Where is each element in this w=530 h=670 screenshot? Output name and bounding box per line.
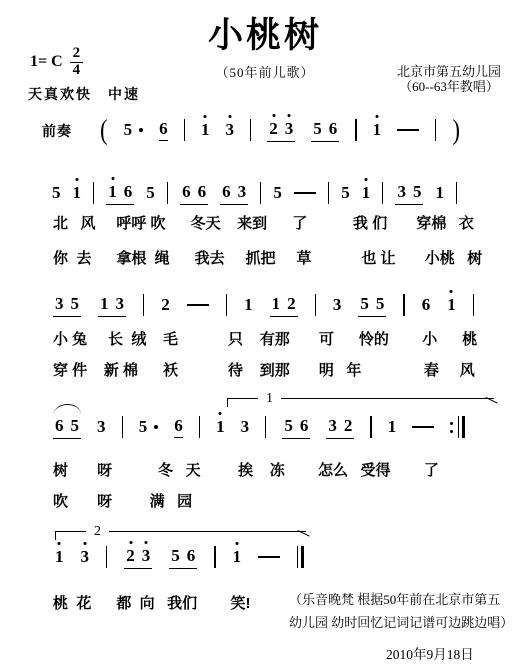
note-digit: 3	[225, 120, 234, 140]
high-octave-dot	[58, 542, 61, 545]
note: 5	[139, 417, 159, 437]
note: 5	[341, 183, 350, 203]
note-digit: 2	[269, 119, 278, 139]
duration-dash	[187, 304, 209, 306]
note: 1	[388, 417, 397, 437]
thick-barline	[301, 546, 304, 568]
high-octave-dot	[145, 541, 148, 544]
note-digit: 6	[55, 416, 64, 436]
high-octave-dot	[75, 178, 78, 181]
note-digit: 1	[100, 294, 109, 314]
thin-barline	[458, 416, 459, 438]
note: 1	[216, 417, 225, 437]
barline	[382, 182, 383, 204]
note-digit: 5	[413, 182, 422, 202]
note: 6	[300, 416, 309, 436]
note-digit: 2	[287, 294, 296, 314]
repeat-dot	[450, 430, 453, 433]
note: 6	[182, 182, 191, 202]
barline	[250, 119, 251, 141]
open-paren: (	[100, 114, 108, 147]
note: 5	[124, 120, 144, 140]
note: 2	[161, 295, 170, 315]
note-digit: 3	[328, 416, 337, 436]
note-digit: 3	[397, 182, 406, 202]
date: 2010年9月18日	[386, 643, 474, 663]
note-digit: 3	[81, 547, 90, 567]
note: 3	[397, 182, 406, 202]
note-digit: 1	[447, 295, 456, 315]
note-digit: 5	[284, 416, 293, 436]
barline	[435, 119, 436, 141]
note: 1	[233, 547, 242, 567]
volta-bracket-2: 2	[55, 531, 306, 540]
beamed-group: 56	[169, 546, 197, 569]
note: 2	[287, 294, 296, 314]
music-line-verse-1: 511656663551351	[52, 176, 457, 210]
note-digit: 1	[244, 295, 253, 315]
music-line-verse-2: 3513211235561	[53, 288, 474, 322]
note-digit: 1	[373, 120, 382, 140]
barline	[122, 416, 123, 438]
note-digit: 5	[341, 183, 350, 203]
note-digit: 1	[388, 417, 397, 437]
note-digit: 1	[73, 183, 82, 203]
note: 5	[273, 183, 282, 203]
time-signature: 2 4	[70, 46, 84, 79]
volta-label-1: 1	[258, 390, 281, 407]
barline	[260, 182, 261, 204]
music-line-second-ending: 1323561	[55, 540, 304, 574]
ensemble-credit: 北京市第五幼儿园 （60--63年教唱）	[383, 64, 515, 94]
note: 3	[238, 182, 247, 202]
note: 6	[124, 182, 133, 202]
note-digit: 5	[124, 120, 133, 140]
note: 1	[201, 120, 210, 140]
key-signature: 1= C 2 4	[30, 46, 83, 79]
note: 1	[55, 547, 64, 567]
note-digit: 3	[241, 417, 250, 437]
note: 5	[71, 416, 80, 436]
lyric-line-4: 穿 件 新 棉 袄 待 到那 明 年 春 风	[53, 359, 475, 380]
high-octave-dot	[83, 542, 86, 545]
beamed-group: 23	[267, 119, 295, 142]
note: 1	[373, 120, 382, 140]
note-digit: 1	[233, 547, 242, 567]
barline	[199, 416, 200, 438]
footer-note-line-1: （乐音晚梵 根据50年前在北京市第五	[289, 589, 527, 612]
volta-bracket-1: 1	[227, 398, 494, 407]
note-digit: 5	[71, 294, 80, 314]
note-digit: 5	[313, 119, 322, 139]
beamed-group: 13	[98, 294, 126, 317]
high-octave-dot	[272, 114, 275, 117]
beamed-group: 35	[53, 294, 81, 317]
lyric-line-2: 你 去 拿根 绳 我去 抓把 草 也 让 小桃 树	[53, 247, 482, 268]
credit-line-1: 北京市第五幼儿园	[383, 64, 515, 79]
note-digit: 3	[97, 417, 106, 437]
note: 5	[71, 294, 80, 314]
note-digit: 1	[108, 182, 117, 202]
note: 1	[362, 183, 371, 203]
note-digit: 5	[360, 294, 369, 314]
note-digit: 2	[344, 416, 353, 436]
note-digit: 3	[55, 294, 64, 314]
barline	[328, 182, 329, 204]
beamed-group-slur: 65	[53, 416, 81, 439]
note-digit: 1	[216, 417, 225, 437]
final-barline	[297, 546, 304, 568]
note-digit: 6	[300, 416, 309, 436]
note: 5	[171, 546, 180, 566]
note-digit: 1	[435, 183, 444, 203]
lyric-line-5: 树 呀 冬 天 挨 冻 怎么 受得 了	[53, 459, 439, 480]
footer-note-line-2: 幼儿园 幼时回忆记词记谱可边跳边唱）	[289, 612, 527, 635]
note-digit: 3	[142, 546, 151, 566]
beamed-group: 23	[124, 546, 152, 569]
high-octave-dot	[364, 178, 367, 181]
barline	[143, 294, 144, 316]
note-digit: 2	[161, 295, 170, 315]
note-digit: 3	[116, 294, 125, 314]
high-octave-dot	[219, 412, 222, 415]
beamed-group: 66	[180, 182, 208, 205]
thick-barline	[462, 416, 465, 438]
note: 3	[285, 119, 294, 139]
music-line-prelude: (561323561)	[100, 113, 460, 147]
lyric-line-3: 小 兔 长 绒 毛 只 有那 可 怜的 小 桃	[53, 328, 477, 349]
barline	[106, 546, 107, 568]
beamed-group: 56	[282, 416, 310, 439]
close-paren: )	[452, 114, 460, 147]
note-digit: 6	[174, 416, 183, 436]
barline	[93, 182, 94, 204]
note: 5	[313, 119, 322, 139]
note-digit: 3	[333, 295, 342, 315]
note: 1	[272, 294, 281, 314]
barline	[226, 294, 227, 316]
lyric-line-7: 桃 花 都 向 我们 笑!	[53, 592, 251, 613]
beamed-group: 12	[270, 294, 298, 317]
note: 3	[97, 417, 106, 437]
note: 3	[241, 417, 250, 437]
note-digit: 6	[124, 182, 133, 202]
note: 1	[108, 182, 117, 202]
credit-line-2: （60--63年教唱）	[383, 79, 515, 94]
note-digit: 1	[362, 183, 371, 203]
note: 3	[116, 294, 125, 314]
barline	[355, 119, 356, 141]
note: 3	[328, 416, 337, 436]
music-line-first-ending: 653561356321	[53, 410, 465, 444]
high-octave-dot	[204, 115, 207, 118]
note-digit: 1	[272, 294, 281, 314]
note-digit: 6	[182, 182, 191, 202]
beamed-group: 63	[220, 182, 248, 205]
note: 5	[146, 183, 155, 203]
high-octave-dot	[235, 542, 238, 545]
tempo-marking: 天真欢快 中速	[28, 84, 140, 104]
note: 1	[435, 183, 444, 203]
note: 3	[333, 295, 342, 315]
high-octave-dot	[375, 115, 378, 118]
beamed-group: 56	[311, 119, 339, 142]
repeat-end-sign	[450, 416, 465, 438]
repeat-dots	[450, 422, 453, 433]
note-digit: 5	[71, 416, 80, 436]
footer-note: （乐音晚梵 根据50年前在北京市第五 幼儿园 幼时回忆记词记谱可边跳边唱）	[289, 589, 527, 634]
note: 3	[225, 120, 234, 140]
note: 2	[126, 546, 135, 566]
duration-dash	[412, 426, 434, 428]
note-digit: 6	[329, 119, 338, 139]
note: 3	[81, 547, 90, 567]
note: 6	[174, 416, 183, 438]
beamed-group: 16	[106, 182, 134, 205]
note-digit: 5	[52, 183, 61, 203]
note-digit: 6	[198, 182, 207, 202]
note-digit: 5	[171, 546, 180, 566]
note: 6	[329, 119, 338, 139]
volta-label-2: 2	[86, 523, 109, 540]
key-label: 1= C	[30, 53, 63, 71]
sheet-music-page: 小桃树 （50年前儿歌） 1= C 2 4 天真欢快 中速 北京市第五幼儿园 （…	[0, 0, 530, 670]
note: 5	[52, 183, 61, 203]
note: 5	[284, 416, 293, 436]
duration-dash	[397, 129, 419, 131]
barline	[184, 119, 185, 141]
note: 6	[55, 416, 64, 436]
barline	[315, 294, 316, 316]
barline	[403, 294, 404, 316]
note: 2	[269, 119, 278, 139]
note-digit: 5	[139, 417, 148, 437]
high-octave-dot	[129, 541, 132, 544]
duration-dash	[258, 556, 280, 558]
beamed-group: 55	[358, 294, 386, 317]
barline	[370, 416, 371, 438]
note: 6	[222, 182, 231, 202]
note: 6	[198, 182, 207, 202]
duration-dash	[294, 192, 316, 194]
thin-barline	[297, 546, 298, 568]
barline	[473, 294, 474, 316]
prelude-label: 前奏	[42, 121, 72, 141]
lyric-line-6: 吹 呀 满 园	[53, 490, 192, 511]
note: 5	[376, 294, 385, 314]
high-octave-dot	[288, 114, 291, 117]
note: 3	[55, 294, 64, 314]
note-digit: 2	[126, 546, 135, 566]
note-digit: 6	[422, 295, 431, 315]
note: 1	[447, 295, 456, 315]
note-digit: 6	[159, 119, 168, 139]
note-digit: 1	[55, 547, 64, 567]
barline	[265, 416, 266, 438]
note: 6	[422, 295, 431, 315]
time-denominator: 4	[70, 63, 84, 79]
beamed-group: 35	[395, 182, 423, 205]
barline	[456, 182, 457, 204]
note-digit: 3	[285, 119, 294, 139]
beamed-group: 32	[326, 416, 354, 439]
note: 5	[413, 182, 422, 202]
lyric-line-1: 北 风 呼呼 吹 冬天 来到 了 我 们 穿棉 衣	[53, 212, 474, 233]
note-digit: 6	[222, 182, 231, 202]
note: 6	[159, 119, 168, 141]
note-digit: 3	[238, 182, 247, 202]
high-octave-dot	[111, 177, 114, 180]
note: 2	[344, 416, 353, 436]
barline	[167, 182, 168, 204]
repeat-dot	[450, 422, 453, 425]
note: 1	[244, 295, 253, 315]
time-numerator: 2	[70, 46, 84, 63]
note: 1	[100, 294, 109, 314]
high-octave-dot	[228, 115, 231, 118]
note-digit: 1	[201, 120, 210, 140]
note-digit: 5	[146, 183, 155, 203]
note-digit: 5	[376, 294, 385, 314]
note: 6	[187, 546, 196, 566]
note: 1	[73, 183, 82, 203]
note: 3	[142, 546, 151, 566]
high-octave-dot	[450, 290, 453, 293]
note-digit: 6	[187, 546, 196, 566]
note: 5	[360, 294, 369, 314]
note-digit: 5	[273, 183, 282, 203]
barline	[214, 546, 215, 568]
